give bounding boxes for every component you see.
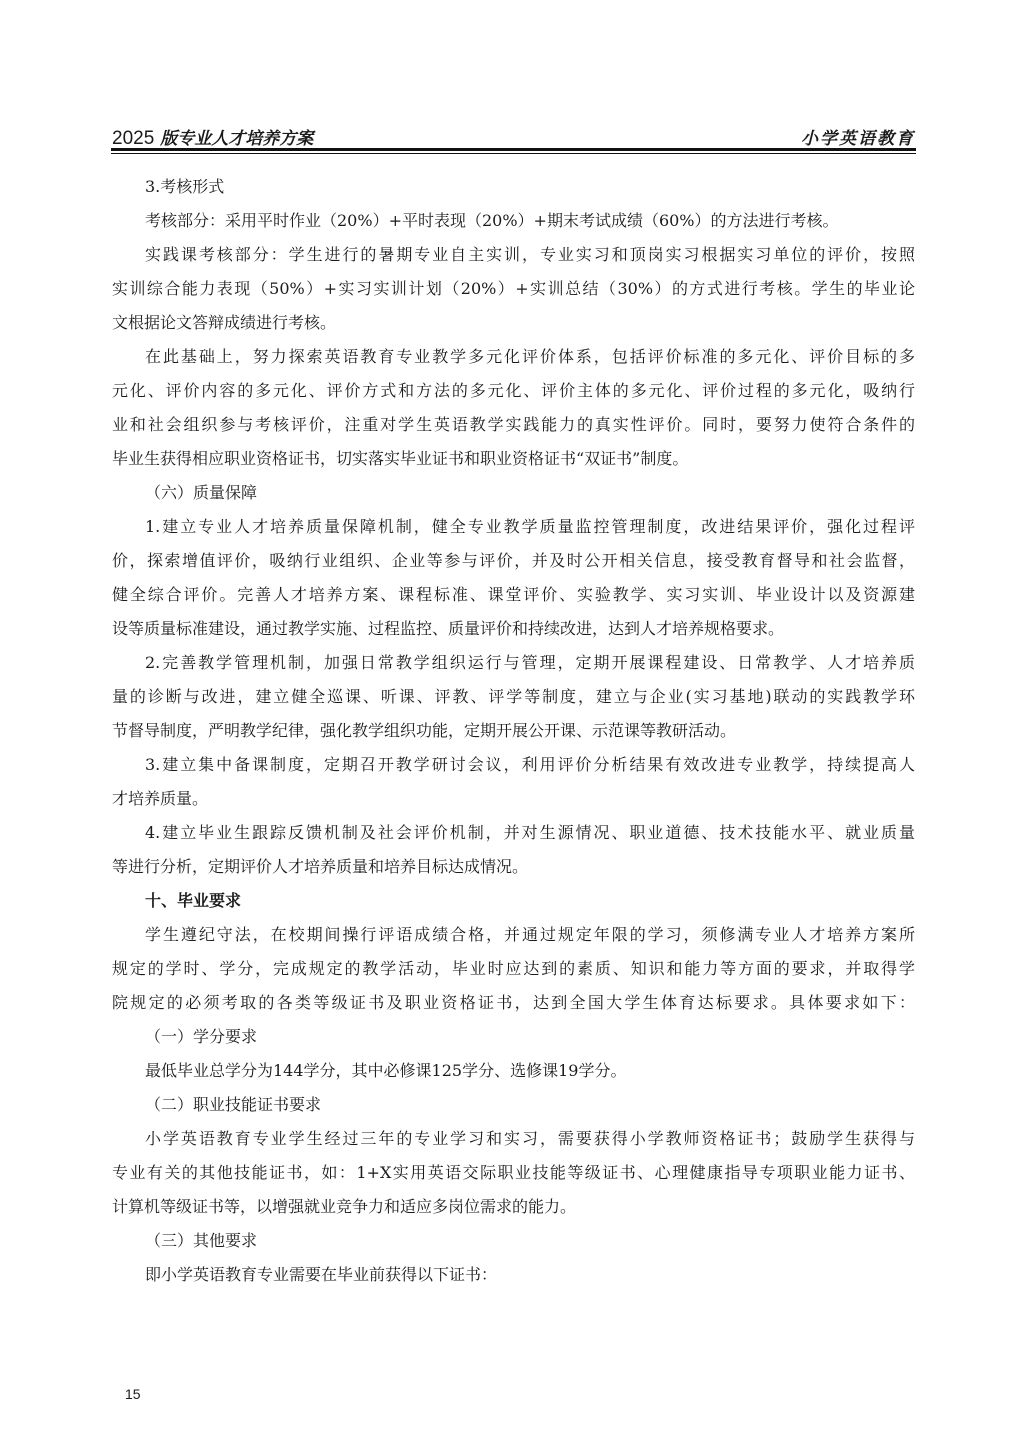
- text-line: 实践课考核部分：学生进行的暑期专业自主实训，专业实习和顶岗实习根据实习单位的评价…: [112, 238, 915, 272]
- text-line: 才培养质量。: [112, 782, 915, 816]
- text-line: 2.完善教学管理机制，加强日常教学组织运行与管理，定期开展课程建设、日常教学、人…: [112, 646, 915, 680]
- text-line: 1.建立专业人才培养质量保障机制，健全专业教学质量监控管理制度，改进结果评价，强…: [112, 510, 915, 544]
- text-line: 文根据论文答辩成绩进行考核。: [112, 306, 915, 340]
- text-line: 在此基础上，努力探索英语教育专业教学多元化评价体系，包括评价标准的多元化、评价目…: [112, 340, 915, 374]
- header-rule-thick: [111, 148, 916, 151]
- text-line: （一）学分要求: [112, 1020, 915, 1054]
- header-major-title: 小学英语教育: [801, 124, 915, 149]
- text-line: 计算机等级证书等，以增强就业竞争力和适应多岗位需求的能力。: [112, 1190, 915, 1224]
- text-line: （二）职业技能证书要求: [112, 1088, 915, 1122]
- text-line: 设等质量标准建设，通过教学实施、过程监控、质量评价和持续改进，达到人才培养规格要…: [112, 612, 915, 646]
- text-line: 节督导制度，严明教学纪律，强化教学组织功能，定期开展公开课、示范课等教研活动。: [112, 714, 915, 748]
- text-line: 健全综合评价。完善人才培养方案、课程标准、课堂评价、实验教学、实习实训、毕业设计…: [112, 578, 915, 612]
- section-heading: 十、毕业要求: [112, 884, 915, 918]
- text-line: 规定的学时、学分，完成规定的教学活动，毕业时应达到的素质、知识和能力等方面的要求…: [112, 952, 915, 986]
- text-line: 院规定的必须考取的各类等级证书及职业资格证书，达到全国大学生体育达标要求。具体要…: [112, 986, 915, 1020]
- text-line: 4.建立毕业生跟踪反馈机制及社会评价机制，并对生源情况、职业道德、技术技能水平、…: [112, 816, 915, 850]
- text-line: （六）质量保障: [112, 476, 915, 510]
- text-line: 价，探索增值评价，吸纳行业组织、企业等参与评价，并及时公开相关信息，接受教育督导…: [112, 544, 915, 578]
- running-header: 2025 版专业人才培养方案 小学英语教育: [112, 124, 915, 146]
- text-line: （三）其他要求: [112, 1224, 915, 1258]
- text-line: 最低毕业总学分为144学分，其中必修课125学分、选修课19学分。: [112, 1054, 915, 1088]
- page-number: 15: [125, 1386, 141, 1402]
- header-document-title: 2025 版专业人才培养方案: [112, 124, 313, 150]
- text-line: 元化、评价内容的多元化、评价方式和方法的多元化、评价主体的多元化、评价过程的多元…: [112, 374, 915, 408]
- text-line: 小学英语教育专业学生经过三年的专业学习和实习，需要获得小学教师资格证书；鼓励学生…: [112, 1122, 915, 1156]
- text-line: 3.建立集中备课制度，定期召开教学研讨会议，利用评价分析结果有效改进专业教学，持…: [112, 748, 915, 782]
- page-body: 3.考核形式考核部分：采用平时作业（20%）+平时表现（20%）+期末考试成绩（…: [112, 170, 915, 1292]
- text-line: 学生遵纪守法，在校期间操行评语成绩合格，并通过规定年限的学习，须修满专业人才培养…: [112, 918, 915, 952]
- text-line: 考核部分：采用平时作业（20%）+平时表现（20%）+期末考试成绩（60%）的方…: [112, 204, 915, 238]
- text-line: 量的诊断与改进，建立健全巡课、听课、评教、评学等制度，建立与企业(实习基地)联动…: [112, 680, 915, 714]
- text-line: 业和社会组织参与考核评价，注重对学生英语教学实践能力的真实性评价。同时，要努力使…: [112, 408, 915, 442]
- text-line: 等进行分析，定期评价人才培养质量和培养目标达成情况。: [112, 850, 915, 884]
- text-line: 即小学英语教育专业需要在毕业前获得以下证书：: [112, 1258, 915, 1292]
- text-line: 实训综合能力表现（50%）+实习实训计划（20%）+实训总结（30%）的方式进行…: [112, 272, 915, 306]
- text-line: 专业有关的其他技能证书，如：1+X实用英语交际职业技能等级证书、心理健康指导专项…: [112, 1156, 915, 1190]
- text-line: 3.考核形式: [112, 170, 915, 204]
- header-rule-thin: [111, 153, 916, 154]
- text-line: 毕业生获得相应职业资格证书，切实落实毕业证书和职业资格证书“双证书”制度。: [112, 442, 915, 476]
